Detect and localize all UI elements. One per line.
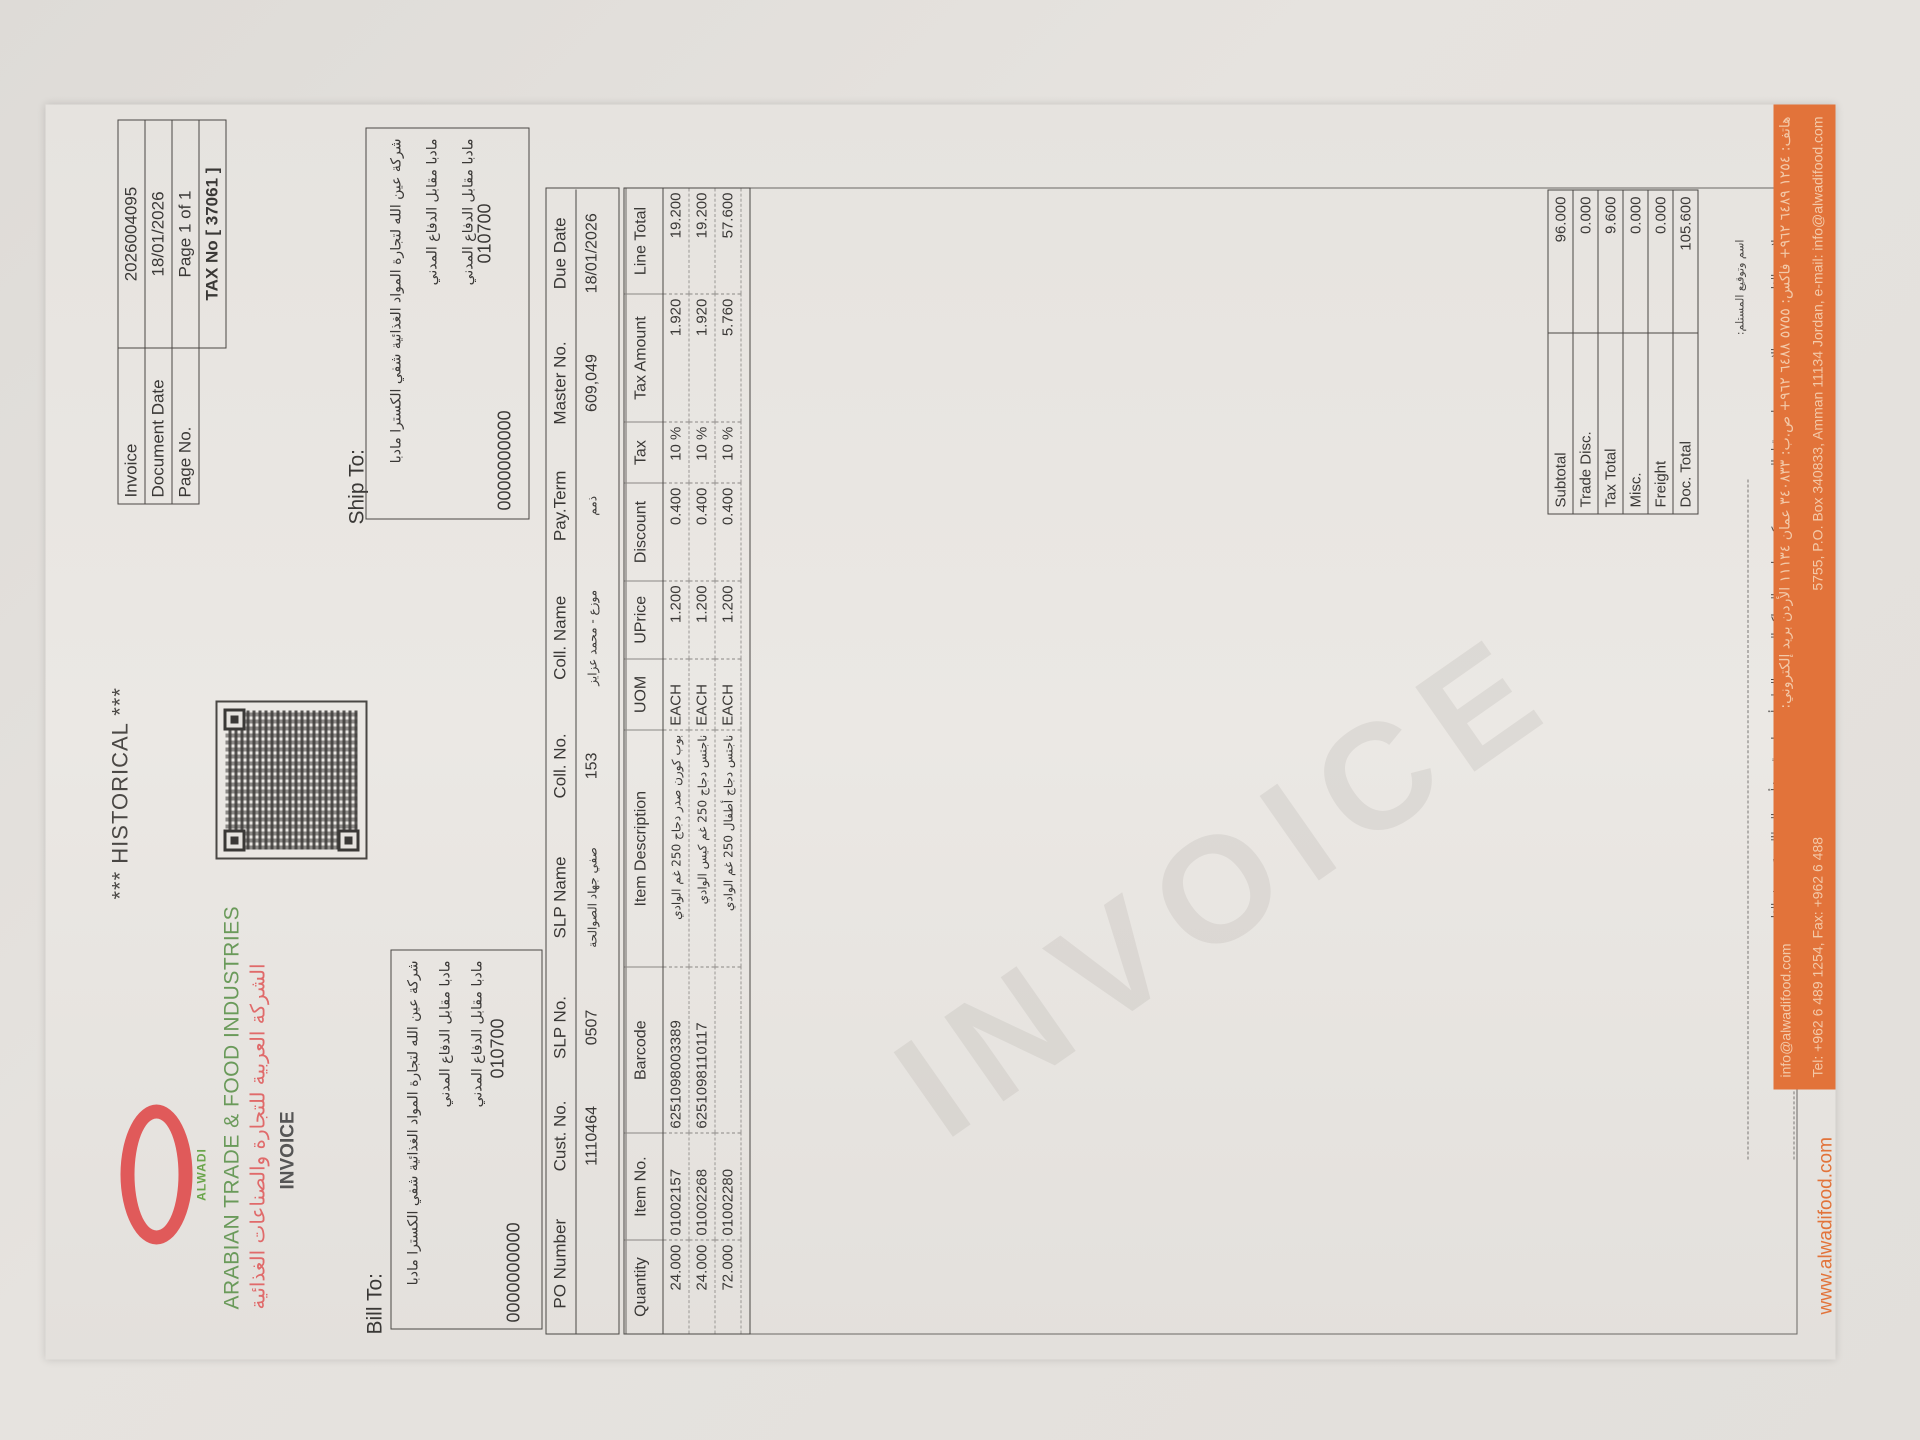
total-value: 0.000 [1573,190,1598,333]
items-header: Item Description [625,730,664,967]
table-row: 24.000010022686251098110117ناجتس دجاج 25… [689,189,715,1334]
info-row-invoice: Invoice 2026004095 [118,120,145,504]
ship-to-line: مادبا مقابل الدفاع المدني [425,139,441,286]
items-header: Quantity [625,1240,664,1333]
total-label: Misc. [1623,333,1648,514]
bill-to-box: شركة عين الله لتجارة المواد الغذائية شفي… [391,950,543,1330]
collector-number: 153 [576,713,609,819]
bill-to-line: مادبا مقابل الدفاع المدني [470,961,486,1108]
item-description: ناجتس دجاج 250 غم كيس الوادي [689,730,715,967]
company-website: www.alwadifood.com [1816,1137,1838,1314]
total-label: Subtotal [1548,333,1573,514]
payment-term: ذمم [576,449,609,563]
unit-price: 1.200 [715,581,741,659]
document-date: 18/01/2026 [145,120,172,348]
bill-to-line: شركة عين الله لتجارة المواد الغذائية شفي… [406,961,422,1286]
master-number: 609,049 [576,317,609,449]
line-items-box: Quantity Item No. Barcode Item Descripti… [624,188,751,1335]
unit-price: 1.200 [663,581,689,659]
items-header: UOM [625,659,664,731]
order-meta-table: PO Number Cust. No. SLP No. SLP Name Col… [546,190,609,1335]
items-header: Discount [625,483,664,581]
bill-to-phone: 0000000000 [504,1222,525,1322]
meta-header: PO Number [546,1193,577,1334]
meta-header: Coll. No. [546,713,577,819]
discount: 0.400 [689,483,715,581]
info-row-date: Document Date 18/01/2026 [145,120,172,504]
ship-to-phone: 0000000000 [495,410,516,510]
tax-amount: 1.920 [689,294,715,422]
line-items-table: Quantity Item No. Barcode Item Descripti… [625,189,742,1334]
invoice-watermark: INVOICE [866,595,1585,1171]
uom: EACH [663,659,689,731]
company-name-en: ARABIAN TRADE & FOOD INDUSTRIES [221,906,245,1310]
total-value: 9.600 [1598,190,1623,333]
quantity: 24.000 [689,1240,715,1333]
document-type: INVOICE [278,1111,300,1189]
salesperson-number: 0507 [576,976,609,1079]
uom: EACH [715,659,741,731]
item-description: ناجتس دجاج أطفال 250 غم الوادي [715,730,741,967]
total-value: 96.000 [1548,190,1573,333]
page-number: Page 1 of 1 [172,120,199,348]
meta-header: SLP No. [546,976,577,1079]
meta-header: Pay.Term [546,449,577,563]
barcode [715,967,741,1133]
meta-header: Cust. No. [546,1079,577,1193]
total-label: Doc. Total [1673,333,1698,514]
tax-amount: 5.760 [715,294,741,422]
meta-header: Due Date [546,190,577,318]
company-name-ar: الشركة العربية للتجارة والصناعات الغذائي… [246,963,270,1309]
line-total: 57.600 [715,189,741,295]
ship-to-box: شركة عين الله لتجارة المواد الغذائية شفي… [366,128,530,520]
total-label: Tax Total [1598,333,1623,514]
totals-row: Freight0.000 [1648,190,1673,514]
tax-number: TAX No [ 37061 ] [199,120,226,348]
customer-number: 1110464 [576,1079,609,1193]
unit-price: 1.200 [689,581,715,659]
totals-row: Trade Disc.0.000 [1573,190,1598,514]
historical-banner: *** HISTORICAL *** [108,687,134,899]
tax-amount: 1.920 [663,294,689,422]
items-header: Tax Amount [625,294,664,422]
footer-address-en: 5755, P.O. Box 340833, Amman 11134 Jorda… [1810,117,1826,591]
items-header: UPrice [625,581,664,659]
bill-to-title: Bill To: [364,1273,388,1334]
items-header: Barcode [625,967,664,1133]
footer-phone: Tel: +962 6 489 1254, Fax: +962 6 488 [1810,837,1826,1078]
collector-name: موزع - محمد عزايز [576,563,609,713]
totals-row: Subtotal96.000 [1548,190,1573,514]
bill-to-line: مادبا مقابل الدفاع المدني [438,961,454,1108]
receiver-signature-label: اسم وتوقيع المستلم: [1734,240,1747,336]
info-label: Page No. [172,348,199,504]
invoice-number: 2026004095 [118,120,145,348]
meta-header: Coll. Name [546,563,577,713]
discount: 0.400 [663,483,689,581]
quantity: 72.000 [715,1240,741,1333]
invoice-page: ALWADI ARABIAN TRADE & FOOD INDUSTRIES ا… [46,105,1836,1360]
items-header: Tax [625,422,664,483]
meta-header: Master No. [546,317,577,449]
item-description: بوب كورن صدر دجاج 250 غم الوادي [663,730,689,967]
total-label: Freight [1648,333,1673,514]
quantity: 24.000 [663,1240,689,1333]
items-header: Item No. [625,1133,664,1240]
total-label: Trade Disc. [1573,333,1598,514]
info-row-tax: TAX No [ 37061 ] [199,120,226,504]
tax-rate: 10 % [663,422,689,483]
table-row: 72.00001002280ناجتس دجاج أطفال 250 غم ال… [715,189,741,1334]
company-logo: ALWADI [121,1105,211,1245]
signature-line [1748,480,1749,1160]
bill-to-code: 010700 [488,1018,509,1078]
discount: 0.400 [715,483,741,581]
info-label: Document Date [145,348,172,504]
footer-email: info@alwadifood.com [1778,943,1794,1077]
total-value: 0.000 [1648,190,1673,333]
totals-row: Doc. Total105.600 [1673,190,1698,514]
due-date: 18/01/2026 [576,190,609,318]
tax-rate: 10 % [689,422,715,483]
total-value: 0.000 [1623,190,1648,333]
info-row-page: Page No. Page 1 of 1 [172,120,199,504]
uom: EACH [689,659,715,731]
meta-header: SLP Name [546,819,577,976]
invoice-info-table: Invoice 2026004095 Document Date 18/01/2… [118,120,227,505]
barcode: 6251098003389 [663,967,689,1133]
item-number: 01002157 [663,1133,689,1240]
qr-finder-icon [224,830,246,852]
ship-to-code: 010700 [475,203,496,263]
contact-footer: هاتف: ١٢٥٤ ٦٤٨٩ ٩٦٢+ فاكس: ٥٧٥٥ ٦٤٨٨ ٩٦٢… [1774,105,1836,1090]
barcode: 6251098110117 [689,967,715,1133]
qr-finder-icon [224,709,246,731]
qr-code [216,701,368,860]
ship-to-line: شركة عين الله لتجارة المواد الغذائية شفي… [389,139,405,464]
logo-mark-icon [121,1105,193,1245]
po-number [576,1193,609,1334]
qr-finder-icon [338,830,360,852]
items-header: Line Total [625,189,664,295]
logo-text: ALWADI [195,1105,209,1245]
item-number: 01002280 [715,1133,741,1240]
totals-row: Misc.0.000 [1623,190,1648,514]
line-total: 19.200 [689,189,715,295]
totals-row: Tax Total9.600 [1598,190,1623,514]
info-label: Invoice [118,348,145,504]
footer-address-ar: هاتف: ١٢٥٤ ٦٤٨٩ ٩٦٢+ فاكس: ٥٧٥٥ ٦٤٨٨ ٩٦٢… [1778,117,1794,709]
item-number: 01002268 [689,1133,715,1240]
line-total: 19.200 [663,189,689,295]
salesperson-name: صفي جهاد الصوالحة [576,819,609,976]
table-row: 24.000010021576251098003389بوب كورن صدر … [663,189,689,1334]
total-value: 105.600 [1673,190,1698,333]
totals-table: Subtotal96.000Trade Disc.0.000Tax Total9… [1548,190,1699,515]
tax-rate: 10 % [715,422,741,483]
